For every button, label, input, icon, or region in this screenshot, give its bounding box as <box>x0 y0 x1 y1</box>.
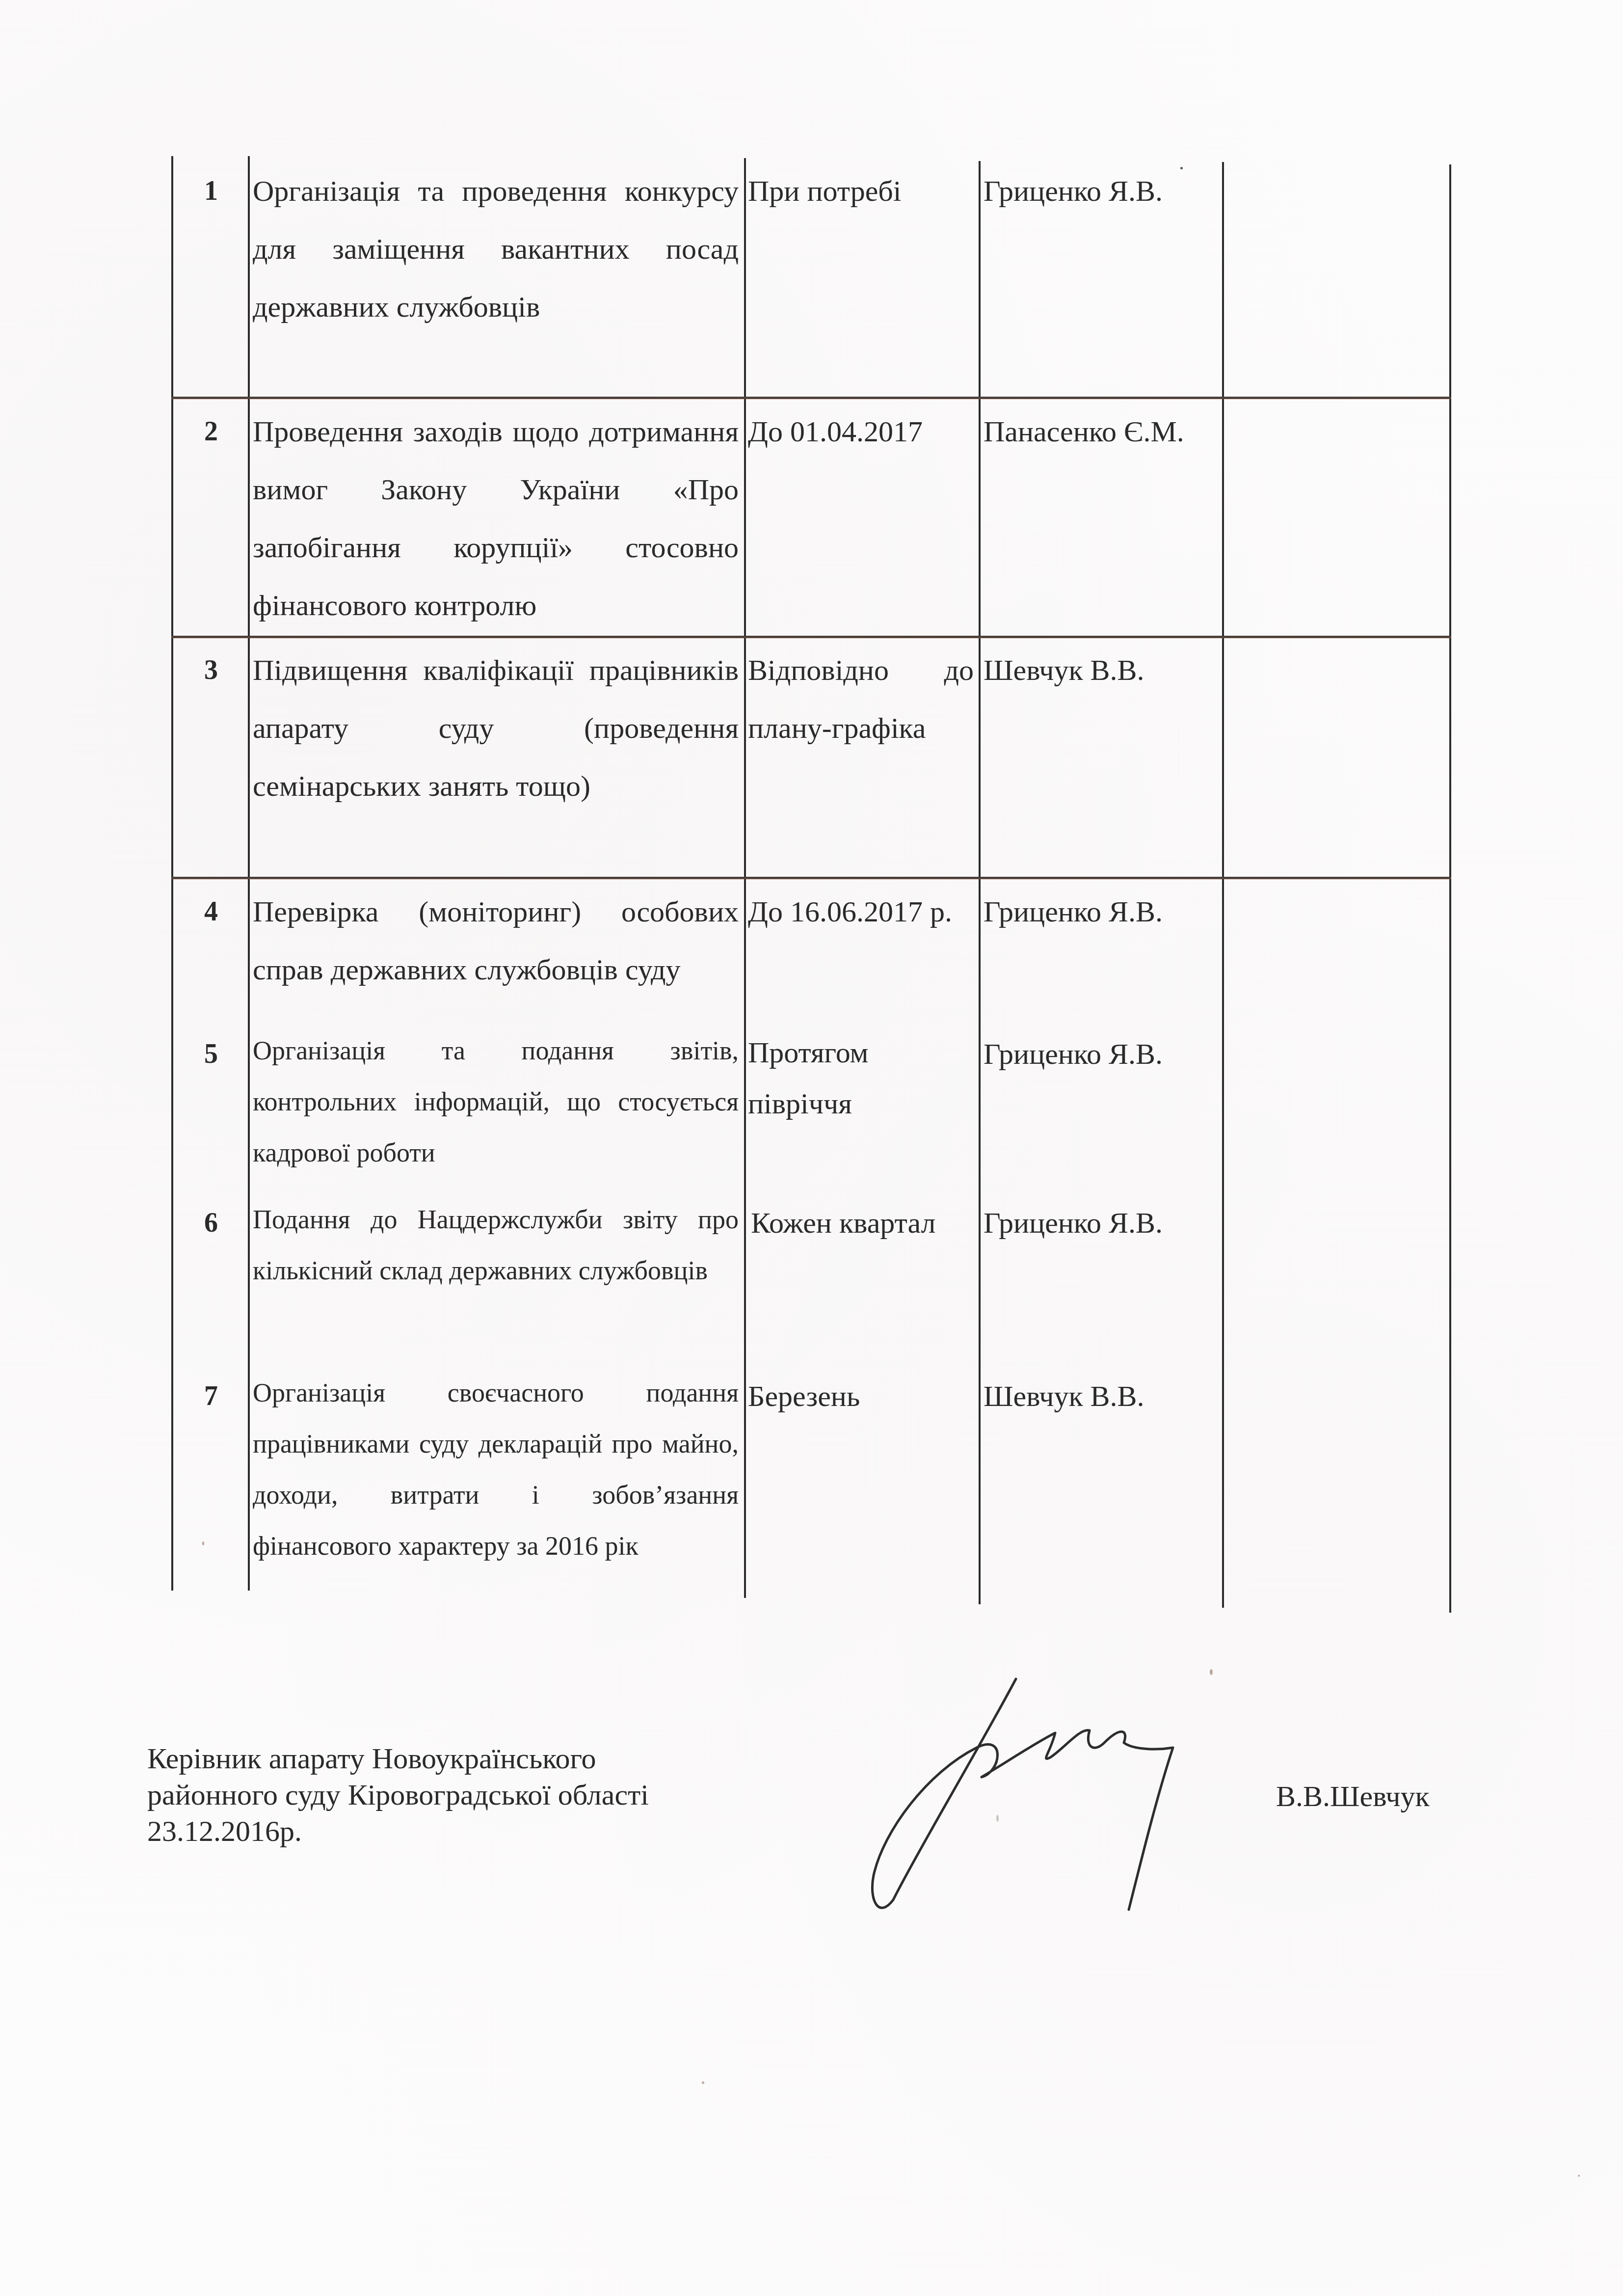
row-number: 4 <box>177 883 245 941</box>
deadline: Березень <box>748 1367 974 1425</box>
task-description: Організація та подання звітів, контрольн… <box>253 1025 739 1178</box>
row-number: 1 <box>177 162 245 220</box>
responsible-person: Шевчук В.В. <box>984 1367 1219 1425</box>
task-description: Організація своєчасного подання працівни… <box>253 1367 739 1571</box>
row-number: 7 <box>177 1367 245 1425</box>
signer-position-line-1: Керівник апарату Новоукраїнського <box>147 1740 649 1777</box>
task-description: Проведення заходів щодо дотримання вимог… <box>253 403 739 634</box>
signature-date: 23.12.2016р. <box>147 1813 649 1849</box>
responsible-person: Гриценко Я.В. <box>984 1194 1219 1252</box>
scan-artifact <box>1578 2175 1580 2177</box>
responsible-person: Шевчук В.В. <box>984 641 1219 699</box>
scan-artifact <box>996 1815 999 1822</box>
column-divider-deadline <box>979 161 981 1604</box>
deadline: До 16.06.2017 р. <box>748 883 979 941</box>
row-number: 5 <box>177 1025 245 1083</box>
task-description: Перевірка (моніторинг) особових справ де… <box>253 883 739 999</box>
row-number: 3 <box>177 641 245 699</box>
deadline: При потребі <box>748 162 974 220</box>
scanned-page: 1 Організація та проведення конкурсу для… <box>0 0 1623 2296</box>
handwritten-signature-icon <box>663 1645 1251 1919</box>
signer-position-line-2: районного суду Кіровоградської області <box>147 1777 649 1813</box>
scan-artifact <box>1180 167 1183 169</box>
deadline: Кожен квартал <box>751 1194 977 1252</box>
deadline: Протягом півріччя <box>748 1027 895 1129</box>
signature-block: Керівник апарату Новоукраїнського районн… <box>147 1740 649 1849</box>
column-divider-responsible <box>1222 162 1224 1608</box>
row-number: 6 <box>177 1194 245 1252</box>
signer-name: В.В.Шевчук <box>1276 1778 1430 1814</box>
responsible-person: Гриценко Я.В. <box>984 162 1219 220</box>
scan-artifact <box>702 2081 704 2084</box>
scan-artifact <box>1210 1669 1213 1675</box>
responsible-person: Гриценко Я.В. <box>984 883 1219 941</box>
deadline: До 01.04.2017 <box>748 403 974 460</box>
task-description: Подання до Нацдержслужби звіту про кільк… <box>253 1194 739 1296</box>
table-border-right <box>1449 164 1451 1613</box>
responsible-person: Гриценко Я.В. <box>984 1025 1219 1083</box>
task-description: Підвищення кваліфікації працівників апар… <box>253 641 739 815</box>
deadline: Відповідно до плану-графіка <box>748 641 974 757</box>
task-description: Організація та проведення конкурсу для з… <box>253 162 739 336</box>
responsible-person: Панасенко Є.М. <box>984 403 1219 460</box>
row-divider-1-2 <box>171 397 1451 399</box>
row-divider-2-3 <box>171 636 1451 638</box>
row-divider-3-4 <box>171 877 1451 879</box>
scan-artifact <box>202 1541 204 1545</box>
column-divider-number <box>248 156 250 1591</box>
table-border-left <box>171 156 173 1591</box>
row-number: 2 <box>177 403 245 460</box>
